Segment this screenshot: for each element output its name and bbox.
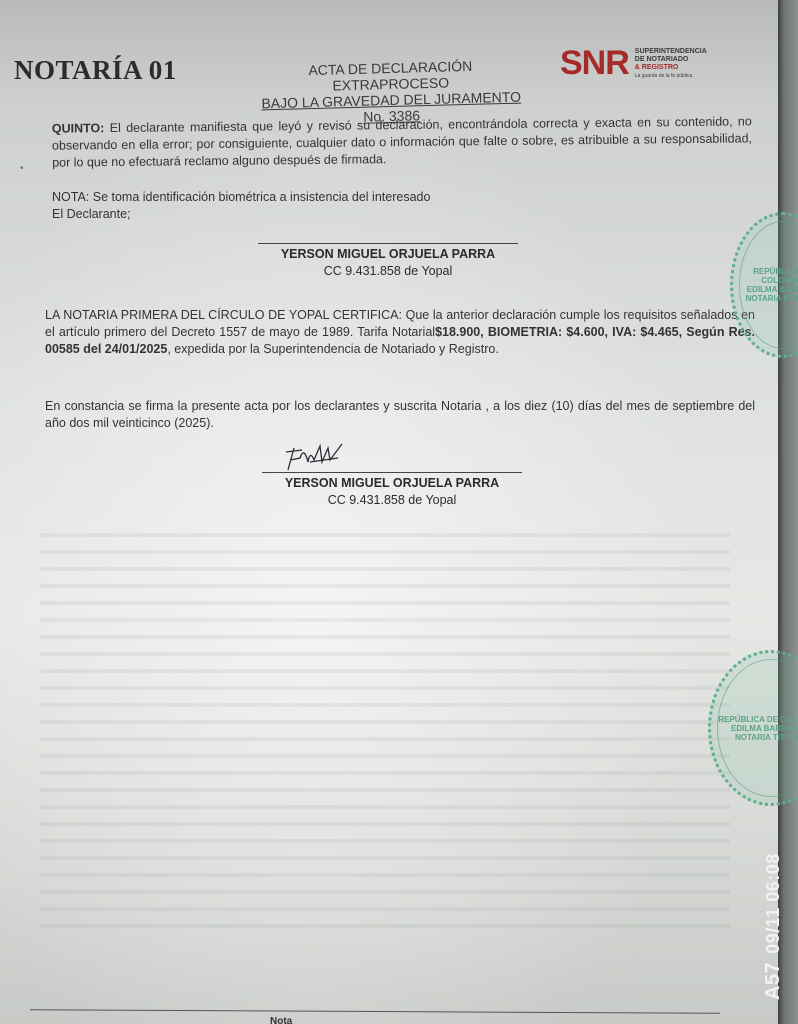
camera-model: A57 bbox=[762, 962, 784, 1000]
signature-block-2: YERSON MIGUEL ORJUELA PARRA CC 9.431.858… bbox=[262, 472, 522, 509]
quinto-label: QUINTO: bbox=[52, 121, 105, 136]
camera-timestamp: A5709/11 06:08 bbox=[762, 853, 785, 1000]
tarifa-value: $18.900, bbox=[435, 325, 484, 339]
snr-tagline: La guarda de la fe pública bbox=[635, 72, 707, 80]
footer-label: Nota bbox=[270, 1016, 292, 1024]
certification-paragraph: LA NOTARIA PRIMERA DEL CÍRCULO DE YOPAL … bbox=[45, 307, 755, 358]
signatory-name: YERSON MIGUEL ORJUELA PARRA bbox=[258, 246, 518, 263]
certification-suffix: , expedida por la Superintendencia de No… bbox=[167, 342, 498, 356]
quinto-text: El declarante manifiesta que leyó y revi… bbox=[52, 114, 752, 169]
snr-line1: SUPERINTENDENCIA bbox=[635, 48, 707, 56]
handwritten-signature bbox=[280, 440, 350, 475]
stamp-ring bbox=[717, 659, 798, 797]
signature-block-1: YERSON MIGUEL ORJUELA PARRA CC 9.431.858… bbox=[258, 243, 518, 280]
quinto-paragraph: QUINTO: El declarante manifiesta que ley… bbox=[52, 113, 752, 171]
snr-logo-text: SUPERINTENDENCIA DE NOTARIADO & REGISTRO… bbox=[635, 48, 707, 80]
nota-paragraph: NOTA: Se toma identificación biométrica … bbox=[52, 189, 512, 223]
stamp-ring bbox=[739, 221, 798, 349]
signatory-id: CC 9.431.858 de Yopal bbox=[258, 263, 518, 280]
notary-name: NOTARÍA 01 bbox=[14, 55, 177, 86]
faded-bleedthrough-text bbox=[40, 520, 730, 940]
camera-datetime: 09/11 06:08 bbox=[763, 853, 783, 954]
snr-logo: SNR SUPERINTENDENCIA DE NOTARIADO & REGI… bbox=[560, 44, 707, 83]
snr-logo-mark: SNR bbox=[560, 44, 629, 83]
nota-text: NOTA: Se toma identificación biométrica … bbox=[52, 189, 512, 206]
signatory-id: CC 9.431.858 de Yopal bbox=[262, 492, 522, 509]
declarante-label: El Declarante; bbox=[52, 206, 512, 223]
signature-line bbox=[262, 472, 522, 473]
signatory-name: YERSON MIGUEL ORJUELA PARRA bbox=[262, 475, 522, 492]
margin-mark: • bbox=[20, 163, 24, 174]
constancia-paragraph: En constancia se firma la presente acta … bbox=[45, 398, 755, 432]
signature-line bbox=[258, 243, 518, 244]
snr-line2: DE NOTARIADO bbox=[635, 56, 707, 64]
snr-line3: & REGISTRO bbox=[635, 64, 707, 72]
